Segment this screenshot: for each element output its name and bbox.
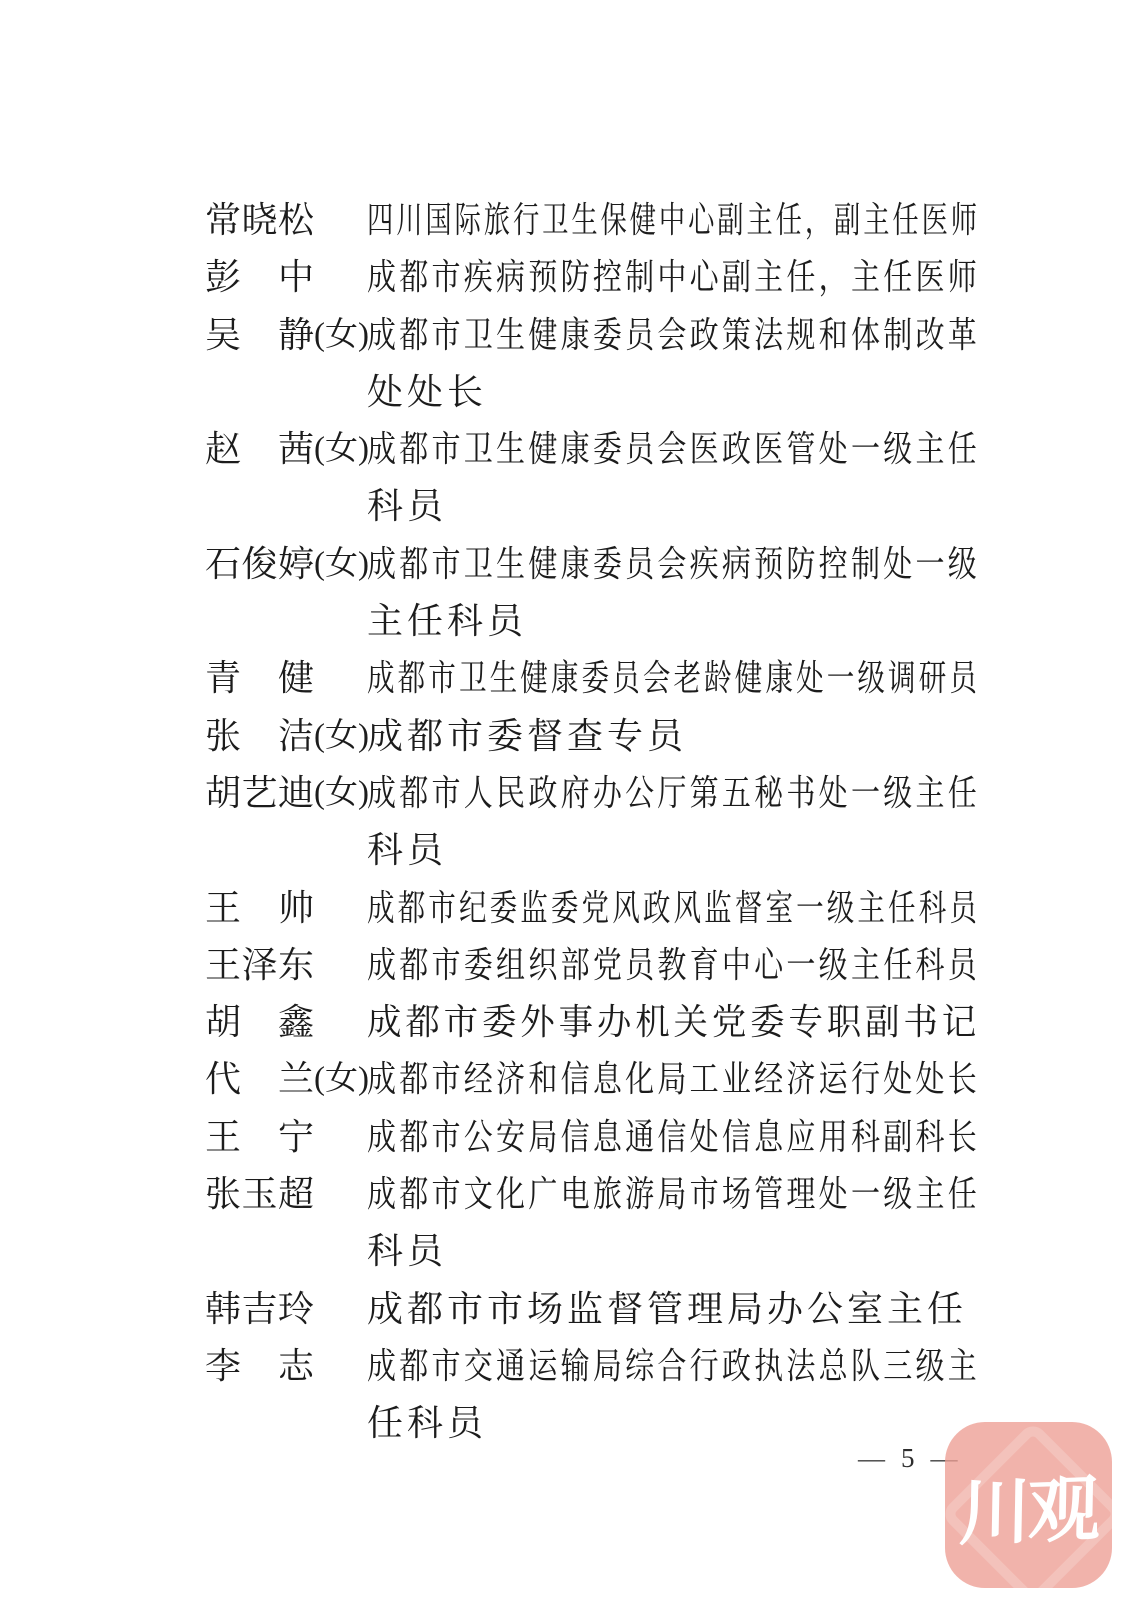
awardee-name: 青健 — [205, 650, 314, 707]
position-line-2: 科员 — [367, 478, 980, 535]
award-entry: 王泽东 成都市委组织部党员教育中心一级主任科员 — [0, 937, 1124, 994]
award-entry: 吴静 (女) 成都市卫生健康委员会政策法规和体制改革 处处长 — [0, 307, 1124, 422]
position-line-1: 成都市文化广电旅游局市场管理处一级主任 — [367, 1166, 861, 1223]
position-line-1: 成都市委外事办机关党委专职副书记 — [367, 994, 954, 1051]
awardee-name: 石俊婷 — [205, 536, 314, 593]
chuanguan-watermark-logo: 川观 — [945, 1422, 1112, 1588]
awardee-name: 王帅 — [205, 880, 314, 937]
awardee-name: 代兰 — [205, 1051, 314, 1108]
awardee-name: 张洁 — [205, 708, 314, 765]
document-page: { "page": { "number": "5", "dash_left": … — [0, 0, 1124, 1600]
position-line-1: 成都市经济和信息化局工业经济运行处处长 — [367, 1051, 861, 1108]
awardee-position: 成都市委外事办机关党委专职副书记 — [367, 994, 980, 1051]
position-line-1: 成都市纪委监委党风政风监督室一级主任科员 — [367, 880, 837, 937]
awardee-position: 成都市委组织部党员教育中心一级主任科员 — [367, 937, 980, 994]
awardee-position: 四川国际旅行卫生保健中心副主任，副主任医师 — [367, 192, 980, 249]
awardee-position: 成都市纪委监委党风政风监督室一级主任科员 — [367, 880, 980, 937]
logo-text: 川观 — [958, 1451, 1098, 1560]
position-line-2: 科员 — [367, 1223, 980, 1280]
awardee-name: 吴静 — [205, 307, 314, 364]
awardee-position: 成都市卫生健康委员会老龄健康处一级调研员 — [367, 650, 980, 707]
award-entry: 张玉超 成都市文化广电旅游局市场管理处一级主任 科员 — [0, 1166, 1124, 1281]
gender-marker: (女) — [314, 307, 367, 364]
awardee-position: 成都市卫生健康委员会疾病预防控制处一级 主任科员 — [367, 536, 980, 651]
award-entry: 赵茜 (女) 成都市卫生健康委员会医政医管处一级主任 科员 — [0, 421, 1124, 536]
gender-marker: (女) — [314, 708, 367, 765]
awardee-position: 成都市公安局信息通信处信息应用科副科长 — [367, 1109, 980, 1166]
page-number: 5 — [901, 1441, 915, 1475]
awardee-name: 王宁 — [205, 1109, 314, 1166]
awardee-position: 成都市卫生健康委员会医政医管处一级主任 科员 — [367, 421, 980, 536]
position-line-1: 成都市卫生健康委员会医政医管处一级主任 — [367, 421, 861, 478]
awardee-position: 成都市交通运输局综合行政执法总队三级主 任科员 — [367, 1338, 980, 1453]
award-entry: 石俊婷 (女) 成都市卫生健康委员会疾病预防控制处一级 主任科员 — [0, 536, 1124, 651]
position-line-1: 成都市疾病预防控制中心副主任，主任医师 — [367, 249, 861, 306]
position-line-1: 成都市公安局信息通信处信息应用科副科长 — [367, 1109, 861, 1166]
award-entry: 常晓松 四川国际旅行卫生保健中心副主任，副主任医师 — [0, 192, 1124, 249]
position-line-1: 四川国际旅行卫生保健中心副主任，副主任医师 — [367, 192, 814, 249]
position-line-1: 成都市市场监督管理局办公室主任 — [367, 1281, 980, 1338]
awardee-position: 成都市疾病预防控制中心副主任，主任医师 — [367, 249, 980, 306]
award-entry: 胡鑫 成都市委外事办机关党委专职副书记 — [0, 994, 1124, 1051]
awardee-name: 张玉超 — [205, 1166, 314, 1223]
awardee-name: 赵茜 — [205, 421, 314, 478]
gender-marker: (女) — [314, 1051, 367, 1108]
position-line-1: 成都市人民政府办公厅第五秘书处一级主任 — [367, 765, 861, 822]
page-footer: — 5 — — [858, 1441, 958, 1475]
award-entry: 彭中 成都市疾病预防控制中心副主任，主任医师 — [0, 249, 1124, 306]
awardee-position: 成都市市场监督管理局办公室主任 — [367, 1281, 980, 1338]
awardee-name: 彭中 — [205, 249, 314, 306]
position-line-1: 成都市委组织部党员教育中心一级主任科员 — [367, 937, 861, 994]
gender-marker: (女) — [314, 536, 367, 593]
awardee-name: 常晓松 — [205, 192, 314, 249]
award-entry: 王宁 成都市公安局信息通信处信息应用科副科长 — [0, 1109, 1124, 1166]
awardee-position: 成都市卫生健康委员会政策法规和体制改革 处处长 — [367, 307, 980, 422]
awardee-name: 韩吉玲 — [205, 1281, 314, 1338]
award-entry: 张洁 (女) 成都市委督查专员 — [0, 708, 1124, 765]
award-entry: 青健 成都市卫生健康委员会老龄健康处一级调研员 — [0, 650, 1124, 707]
position-line-1: 成都市卫生健康委员会老龄健康处一级调研员 — [367, 650, 837, 707]
gender-marker: (女) — [314, 765, 367, 822]
awardee-list: 常晓松 四川国际旅行卫生保健中心副主任，副主任医师 彭中 成都市疾病预防控制中心… — [0, 192, 1124, 1453]
award-entry: 韩吉玲 成都市市场监督管理局办公室主任 — [0, 1281, 1124, 1338]
award-entry: 代兰 (女) 成都市经济和信息化局工业经济运行处处长 — [0, 1051, 1124, 1108]
position-line-2: 科员 — [367, 822, 980, 879]
awardee-position: 成都市委督查专员 — [367, 708, 980, 765]
gender-marker: (女) — [314, 421, 367, 478]
awardee-name: 胡鑫 — [205, 994, 314, 1051]
page-number-left-dash: — — [858, 1441, 885, 1475]
position-line-1: 成都市交通运输局综合行政执法总队三级主 — [367, 1338, 861, 1395]
awardee-position: 成都市文化广电旅游局市场管理处一级主任 科员 — [367, 1166, 980, 1281]
award-entry: 胡艺迪 (女) 成都市人民政府办公厅第五秘书处一级主任 科员 — [0, 765, 1124, 880]
awardee-name: 胡艺迪 — [205, 765, 314, 822]
position-line-2: 处处长 — [367, 364, 980, 421]
position-line-1: 成都市卫生健康委员会疾病预防控制处一级 — [367, 536, 861, 593]
awardee-position: 成都市经济和信息化局工业经济运行处处长 — [367, 1051, 980, 1108]
award-entry: 王帅 成都市纪委监委党风政风监督室一级主任科员 — [0, 880, 1124, 937]
position-line-1: 成都市卫生健康委员会政策法规和体制改革 — [367, 307, 861, 364]
awardee-name: 王泽东 — [205, 937, 314, 994]
position-line-1: 成都市委督查专员 — [367, 708, 980, 765]
awardee-name: 李志 — [205, 1338, 314, 1395]
position-line-2: 主任科员 — [367, 593, 980, 650]
awardee-position: 成都市人民政府办公厅第五秘书处一级主任 科员 — [367, 765, 980, 880]
